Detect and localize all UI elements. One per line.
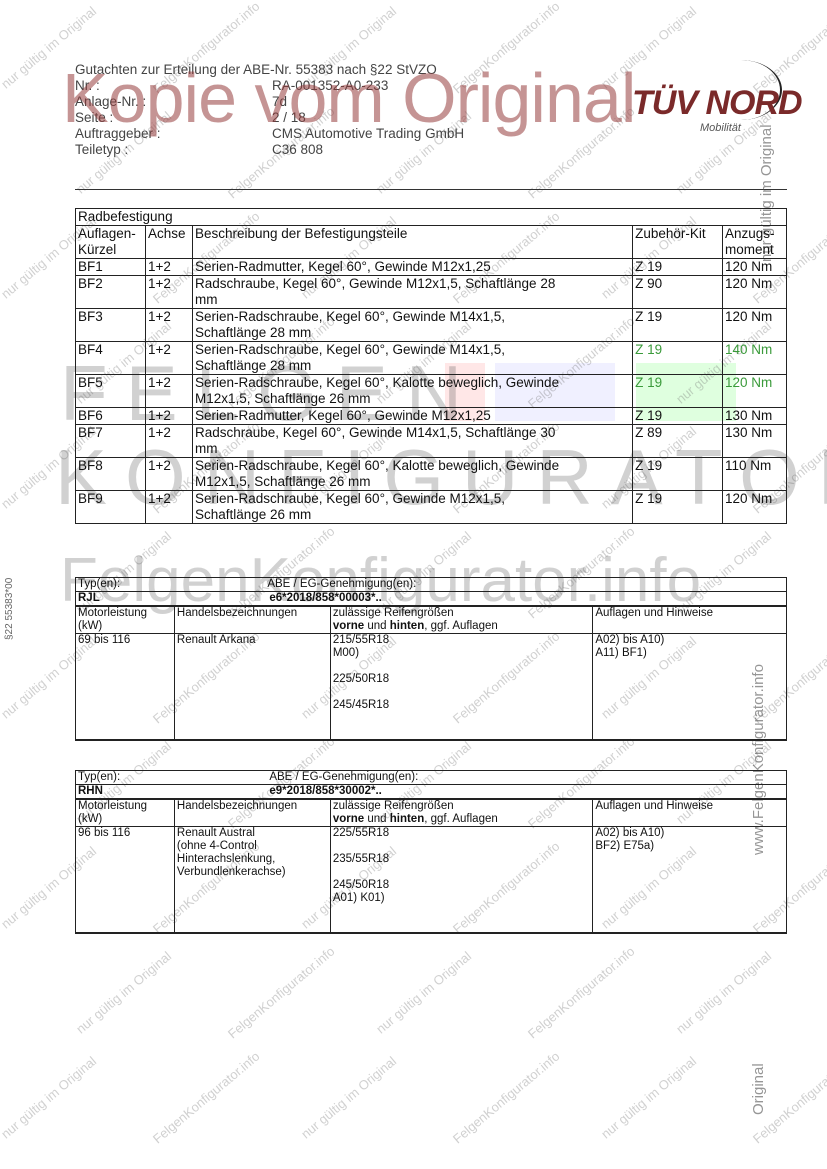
logo-subtitle: Mobilität: [700, 122, 741, 134]
header-field-label: Auftraggeber :: [75, 126, 161, 141]
achse-cell: 1+2: [145, 342, 192, 375]
watermark-small: FelgenKonfigurator.info: [149, 0, 262, 96]
kit-cell: Z 19: [633, 259, 723, 276]
vehicle-table-rhn: Typ(en): ABE / EG-Genehmigung(en): RHN e…: [75, 770, 787, 934]
watermark-small: nur gültig im Original: [0, 1053, 99, 1141]
cell-line: M00): [333, 647, 591, 660]
description-cell: Serien-Radmutter, Kegel 60°, Gewinde M12…: [192, 408, 632, 425]
description-cell: Serien-Radschraube, Kegel 60°, Gewinde M…: [192, 342, 632, 375]
cell-line: BF2) E75a): [595, 840, 784, 853]
description-cell: Serien-Radschraube, Kegel 60°, Gewinde M…: [192, 491, 632, 524]
radbefestigung-table: Radbefestigung Auflagen-Kürzel Achse Bes…: [75, 208, 787, 524]
watermark-small: FelgenKonfigurator.info: [524, 944, 637, 1042]
kuerzel-cell: BF3: [76, 309, 146, 342]
achse-cell: 1+2: [145, 375, 192, 408]
kit-cell: Z 19: [633, 309, 723, 342]
achse-cell: 1+2: [145, 309, 192, 342]
col-header-power: Motorleistung (kW): [76, 799, 175, 827]
kit-cell: Z 90: [633, 276, 723, 309]
header-field-label: Anlage-Nr. :: [75, 94, 146, 109]
abe-value: e6*2018/858*00003*..: [330, 592, 786, 607]
watermark-small: nur gültig im Original: [598, 1053, 699, 1141]
header-field-label: Nr. :: [75, 78, 100, 93]
tires-header-rest: , ggf. Auflagen: [424, 620, 498, 632]
watermark-small: FelgenKonfigurator.info: [449, 0, 562, 96]
watermark-small: FelgenKonfigurator.info: [149, 1049, 262, 1147]
kuerzel-cell: BF6: [76, 408, 146, 425]
kit-cell: Z 19: [633, 342, 723, 375]
header-field-label: Seite :: [75, 110, 113, 125]
abe-value: e9*2018/858*30002*..: [330, 785, 786, 800]
moment-cell: 120 Nm: [723, 309, 787, 342]
cell-line: A01) K01): [333, 892, 591, 905]
col-header-anzugsmoment: Anzugs-moment: [723, 226, 787, 259]
table-row: BF41+2Serien-Radschraube, Kegel 60°, Gew…: [76, 342, 787, 375]
moment-cell: 120 Nm: [723, 491, 787, 524]
col-header-notes: Auflagen und Hinweise: [593, 606, 787, 634]
cell-line: 215/55R18: [333, 634, 591, 647]
radbefestigung-title: Radbefestigung: [76, 209, 787, 226]
watermark-small: FelgenKonfigurator.info: [449, 1049, 562, 1147]
watermark-small: nur gültig im Original: [373, 948, 474, 1036]
vehicle-row: 69 bis 116 Renault Arkana 215/55R18M00) …: [76, 634, 787, 740]
col-header-power: Motorleistung (kW): [76, 606, 175, 634]
cell-line: A02) bis A10): [595, 634, 784, 647]
table-row: BF21+2Radschraube, Kegel 60°, Gewinde M1…: [76, 276, 787, 309]
vehicle-table-rjl: Typ(en): ABE / EG-Genehmigung(en): RJL e…: [75, 577, 787, 741]
names-cell: Renault Arkana: [174, 634, 330, 740]
kit-cell: Z 89: [633, 425, 723, 458]
watermark-small: nur gültig im Original: [598, 3, 699, 91]
tires-header-und: und: [364, 620, 390, 632]
names-cell: Renault Austral(ohne 4-ControlHinterachs…: [174, 827, 330, 933]
table-row: BF51+2Serien-Radschraube, Kegel 60°, Kal…: [76, 375, 787, 408]
header-field-value: 7d: [272, 94, 287, 109]
col-header-tires: zulässige Reifengrößenvorne und hinten, …: [330, 606, 593, 634]
header-field-label: Teiletyp :: [75, 142, 128, 157]
col-header-zubehoer-kit: Zubehör-Kit: [633, 226, 723, 259]
cell-line: 225/55R18: [333, 827, 591, 840]
radbefestigung-body: BF11+2Serien-Radmutter, Kegel 60°, Gewin…: [76, 259, 787, 524]
cell-line: Verbundlenkerachse): [177, 866, 328, 879]
moment-cell: 130 Nm: [723, 408, 787, 425]
description-cell: Serien-Radschraube, Kegel 60°, Gewinde M…: [192, 309, 632, 342]
power-cell: 96 bis 116: [76, 827, 175, 933]
cell-line: A11) BF1): [595, 647, 784, 660]
kuerzel-cell: BF1: [76, 259, 146, 276]
moment-cell: 140 Nm: [723, 342, 787, 375]
tires-header-rest: , ggf. Auflagen: [424, 813, 498, 825]
kuerzel-cell: BF8: [76, 458, 146, 491]
achse-cell: 1+2: [145, 491, 192, 524]
document-title: Gutachten zur Erteilung der ABE-Nr. 5538…: [75, 62, 437, 78]
kuerzel-cell: BF2: [76, 276, 146, 309]
watermark-small: nur gültig im Original: [73, 948, 174, 1036]
header-field-value: C36 808: [272, 142, 323, 157]
moment-cell: 120 Nm: [723, 276, 787, 309]
table-row: BF61+2Serien-Radmutter, Kegel 60°, Gewin…: [76, 408, 787, 425]
side-reference-code: §22 55383*00: [4, 578, 15, 640]
moment-cell: 110 Nm: [723, 458, 787, 491]
achse-cell: 1+2: [145, 425, 192, 458]
kuerzel-cell: BF5: [76, 375, 146, 408]
abe-label: ABE / EG-Genehmigung(en):: [330, 578, 786, 592]
notes-cell: A02) bis A10)A11) BF1): [593, 634, 787, 740]
abe-value-text: e9*2018/858*30002*..: [269, 785, 382, 797]
table-row: BF81+2Serien-Radschraube, Kegel 60°, Kal…: [76, 458, 787, 491]
cell-line: 245/50R18: [333, 879, 591, 892]
col-header-names: Handelsbezeichnungen: [174, 606, 330, 634]
kit-cell: Z 19: [633, 408, 723, 425]
achse-cell: 1+2: [145, 408, 192, 425]
moment-cell: 120 Nm: [723, 375, 787, 408]
tires-header-vorne: vorne: [333, 620, 364, 632]
cell-line: [333, 686, 591, 699]
watermark-small: nur gültig im Original: [673, 948, 774, 1036]
cell-line: 225/50R18: [333, 673, 591, 686]
vehicle-header-row: Motorleistung (kW) Handelsbezeichnungen …: [76, 606, 787, 634]
cell-line: 235/55R18: [333, 853, 591, 866]
kit-cell: Z 19: [633, 491, 723, 524]
table-row: BF71+2Radschraube, Kegel 60°, Gewinde M1…: [76, 425, 787, 458]
description-cell: Serien-Radschraube, Kegel 60°, Kalotte b…: [192, 458, 632, 491]
kuerzel-cell: BF7: [76, 425, 146, 458]
description-cell: Serien-Radschraube, Kegel 60°, Kalotte b…: [192, 375, 632, 408]
tires-cell: 215/55R18M00) 225/50R18 245/45R18: [330, 634, 593, 740]
header-field-value: CMS Automotive Trading GmbH: [272, 126, 464, 141]
col-header-notes: Auflagen und Hinweise: [593, 799, 787, 827]
header-field-value: 2 / 18: [272, 110, 306, 125]
table-row: BF31+2Serien-Radschraube, Kegel 60°, Gew…: [76, 309, 787, 342]
watermark-small: FelgenKonfigurator.info: [224, 944, 337, 1042]
cell-line: [333, 660, 591, 673]
abe-label-text: ABE / EG-Genehmigung(en):: [267, 578, 416, 590]
col-header-beschreibung: Beschreibung der Befestigungsteile: [192, 226, 632, 259]
cell-line: (ohne 4-Control: [177, 840, 328, 853]
tires-header-line1: zulässige Reifengrößen: [333, 800, 454, 812]
col-header-tires: zulässige Reifengrößenvorne und hinten, …: [330, 799, 593, 827]
notes-cell: A02) bis A10)BF2) E75a): [593, 827, 787, 933]
radbefestigung-header-row: Auflagen-Kürzel Achse Beschreibung der B…: [76, 226, 787, 259]
header-field-value: RA-001352-A0-233: [272, 78, 388, 93]
table-row: BF91+2Serien-Radschraube, Kegel 60°, Gew…: [76, 491, 787, 524]
cell-line: [333, 840, 591, 853]
watermark-small: nur gültig im Original: [298, 1053, 399, 1141]
tuev-nord-logo: TÜV NORD: [632, 84, 802, 123]
tires-header-line1: zulässige Reifengrößen: [333, 607, 454, 619]
col-header-kuerzel: Auflagen-Kürzel: [76, 226, 146, 259]
watermark-small: nur gültig im Original: [373, 108, 474, 196]
vehicle-row: 96 bis 116 Renault Austral(ohne 4-Contro…: [76, 827, 787, 933]
cell-line: Hinterachslenkung,: [177, 853, 328, 866]
tires-header-hinten: hinten: [390, 620, 425, 632]
moment-cell: 130 Nm: [723, 425, 787, 458]
kuerzel-cell: BF9: [76, 491, 146, 524]
cell-line: [333, 866, 591, 879]
col-header-achse: Achse: [145, 226, 192, 259]
tires-header-und: und: [364, 813, 390, 825]
description-cell: Radschraube, Kegel 60°, Gewinde M14x1,5,…: [192, 425, 632, 458]
header-divider: [75, 189, 787, 190]
tires-header-hinten: hinten: [390, 813, 425, 825]
description-cell: Radschraube, Kegel 60°, Gewinde M12x1,5,…: [192, 276, 632, 309]
power-cell: 69 bis 116: [76, 634, 175, 740]
achse-cell: 1+2: [145, 259, 192, 276]
cell-line: 245/45R18: [333, 699, 591, 712]
table-row: BF11+2Serien-Radmutter, Kegel 60°, Gewin…: [76, 259, 787, 276]
abe-value-text: e6*2018/858*00003*..: [269, 592, 382, 604]
vehicle-header-row: Motorleistung (kW) Handelsbezeichnungen …: [76, 799, 787, 827]
kuerzel-cell: BF4: [76, 342, 146, 375]
cell-line: A02) bis A10): [595, 827, 784, 840]
moment-cell: 120 Nm: [723, 259, 787, 276]
achse-cell: 1+2: [145, 276, 192, 309]
kit-cell: Z 19: [633, 458, 723, 491]
col-header-names: Handelsbezeichnungen: [174, 799, 330, 827]
cell-line: Renault Austral: [177, 827, 328, 840]
description-cell: Serien-Radmutter, Kegel 60°, Gewinde M12…: [192, 259, 632, 276]
tires-cell: 225/55R18 235/55R18 245/50R18A01) K01): [330, 827, 593, 933]
abe-label-text: ABE / EG-Genehmigung(en):: [269, 771, 418, 783]
kit-cell: Z 19: [633, 375, 723, 408]
watermark-vertical-original-bottom: Original: [750, 1063, 767, 1115]
achse-cell: 1+2: [145, 458, 192, 491]
abe-label: ABE / EG-Genehmigung(en):: [330, 771, 786, 785]
tires-header-vorne: vorne: [333, 813, 364, 825]
watermark-small: FelgenKonfigurator.info: [524, 104, 637, 202]
